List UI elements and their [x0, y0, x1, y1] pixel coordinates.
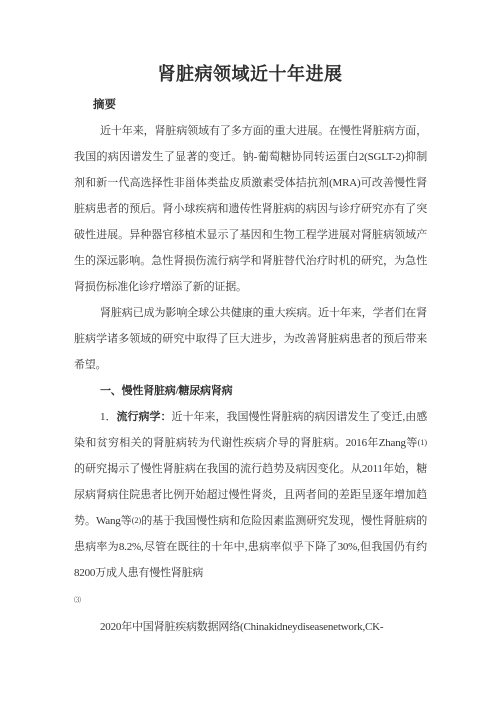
section-paragraph-line: 的研究揭示了慢性肾脏病在我国的流行趋势及病因变化。从2011年始，糖	[74, 456, 427, 482]
abstract-line: 破性进展。异种器官移植术显示了基因和生物工程学进展对肾脏病领域产	[74, 222, 427, 248]
section-paragraph-line: 1．流行病学：近十年来，我国慢性肾脏病的病因谱发生了变迁,由感	[74, 404, 427, 430]
abstract-line: 希望。	[74, 352, 427, 378]
paragraph-text: 近十年来，我国慢性肾脏病的病因谱发生了变迁,由感	[172, 411, 428, 423]
abstract-line: 生的深远影响。急性肾损伤流行病学和肾脏替代治疗时机的研究，为急性	[74, 248, 427, 274]
document-page: 肾脏病领域近十年进展 摘要 近十年来，肾脏病领域有了多方面的重大进展。在慢性肾脏…	[0, 0, 500, 707]
abstract-line: 近十年来，肾脏病领域有了多方面的重大进展。在慢性肾脏病方面，	[74, 118, 427, 144]
abstract-line: 脏病患者的预后。肾小球疾病和遗传性肾脏病的病因与诊疗研究亦有了突	[74, 196, 427, 222]
abstract-line: 我国的病因谱发生了显著的变迁。钠-葡萄糖协同转运蛋白2(SGLT-2)抑制	[74, 144, 427, 170]
section-paragraph-line: 2020年中国肾脏疾病数据网络(Chinakidneydiseasenetwor…	[74, 614, 427, 640]
section-paragraph-line: 患病率为8.2%,尽管在既往的十年中,患病率似乎下降了30%,但我国仍有约	[74, 534, 427, 560]
document-body: 近十年来，肾脏病领域有了多方面的重大进展。在慢性肾脏病方面， 我国的病因谱发生了…	[74, 118, 427, 640]
section-paragraph-line: 染和贫穷相关的肾脏病转为代谢性疾病介导的肾脏病。2016年Zhang等(1)	[74, 430, 427, 456]
list-item-number: 1．	[100, 411, 117, 423]
section-paragraph-line: 势。Wang等(2)的基于我国慢性病和危险因素监测研究发现，慢性肾脏病的	[74, 508, 427, 534]
section-heading: 一、慢性肾脏病/糖尿病肾病	[74, 378, 427, 404]
section-paragraph-line: 尿病肾病住院患者比例开始超过慢性肾炎，且两者间的差距呈逐年增加趋	[74, 482, 427, 508]
section-paragraph-line: 8200万成人患有慢性肾脏病	[74, 560, 427, 586]
reference-marker-1: (1)	[418, 438, 427, 447]
reference-marker-2: (2)	[132, 516, 141, 525]
document-title: 肾脏病领域近十年进展	[0, 61, 500, 87]
paragraph-text: 染和贫穷相关的肾脏病转为代谢性疾病介导的肾脏病。2016年Zhang等	[74, 437, 418, 449]
abstract-line: 肾脏病已成为影响全球公共健康的重大疾病。近十年来，学者们在肾	[74, 300, 427, 326]
list-item-label: 流行病学：	[117, 411, 172, 423]
abstract-line: 剂和新一代高选择性非甾体类盐皮质激素受体拮抗剂(MRA)可改善慢性肾	[74, 170, 427, 196]
abstract-line: 脏病学诸多领域的研究中取得了巨大进步，为改善肾脏病患者的预后带来	[74, 326, 427, 352]
paragraph-text: 的基于我国慢性病和危险因素监测研究发现，慢性肾脏病的	[141, 515, 427, 527]
abstract-line: 肾损伤标准化诊疗增添了新的证据。	[74, 274, 427, 300]
paragraph-text: 势。Wang等	[74, 515, 132, 527]
abstract-heading: 摘要	[93, 92, 116, 118]
reference-marker-3: ⑶	[74, 586, 427, 614]
